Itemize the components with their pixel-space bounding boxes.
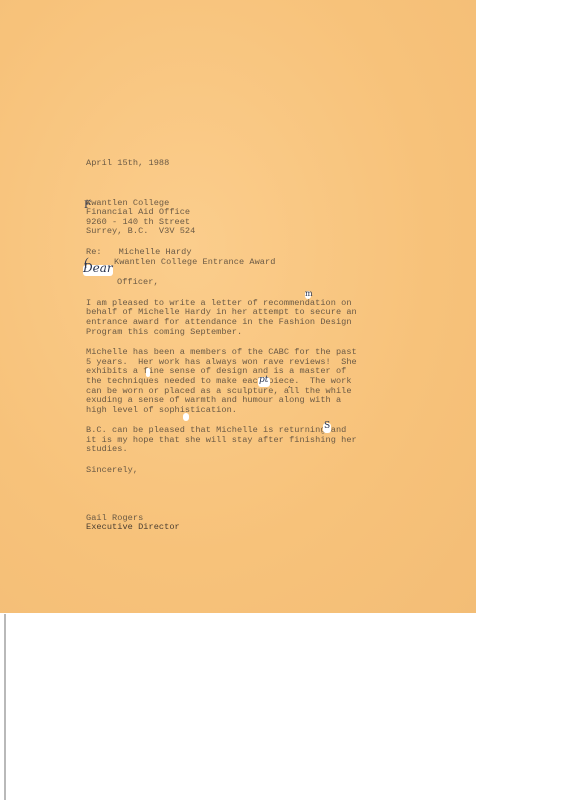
subject-name: Michelle Hardy — [119, 247, 192, 257]
handwritten-bracket: ( — [84, 256, 88, 269]
paragraph-3: B.C. can be pleased that Michelle is ret… — [86, 426, 416, 455]
paragraph-2: Michelle has been a members of the CABC … — [86, 348, 416, 415]
subject-block: Re:Michelle Hardy Kwantlen College Entra… — [86, 248, 416, 267]
signer-title: Executive Director — [86, 523, 416, 533]
paragraph-line: studies. — [86, 445, 416, 455]
salutation: Officer, — [86, 278, 416, 288]
paragraph-line: it is my hope that she will stay after f… — [86, 436, 416, 446]
closing: Sincerely, — [86, 466, 416, 476]
handwritten-comma: , — [288, 380, 291, 389]
recipient-line: Surrey, B.C. V3V 524 — [86, 227, 416, 237]
letter-date: April 15th, 1988 — [86, 159, 416, 169]
scan-edge-line — [4, 614, 6, 800]
letter-body: April 15th, 1988 Kwantlen College Financ… — [86, 159, 416, 533]
re-label: Re: — [86, 247, 102, 257]
handwritten-m: m — [305, 289, 313, 298]
whiteout-patch — [146, 368, 150, 377]
paragraph-line: high level of sophistication. — [86, 406, 416, 416]
handwritten-pt: pt — [259, 375, 268, 385]
salutation-text: Officer, — [117, 277, 159, 287]
paragraph-line: Program this coming September. — [86, 328, 416, 338]
paragraph-1: I am pleased to write a letter of recomm… — [86, 299, 416, 337]
handwritten-f: F — [84, 200, 91, 211]
subject-award: Kwantlen College Entrance Award — [86, 258, 416, 268]
handwritten-s: S — [324, 421, 330, 431]
recipient-address: Kwantlen College Financial Aid Office 92… — [86, 199, 416, 237]
scanned-page: April 15th, 1988 Kwantlen College Financ… — [0, 0, 565, 800]
whiteout-patch — [183, 413, 189, 421]
